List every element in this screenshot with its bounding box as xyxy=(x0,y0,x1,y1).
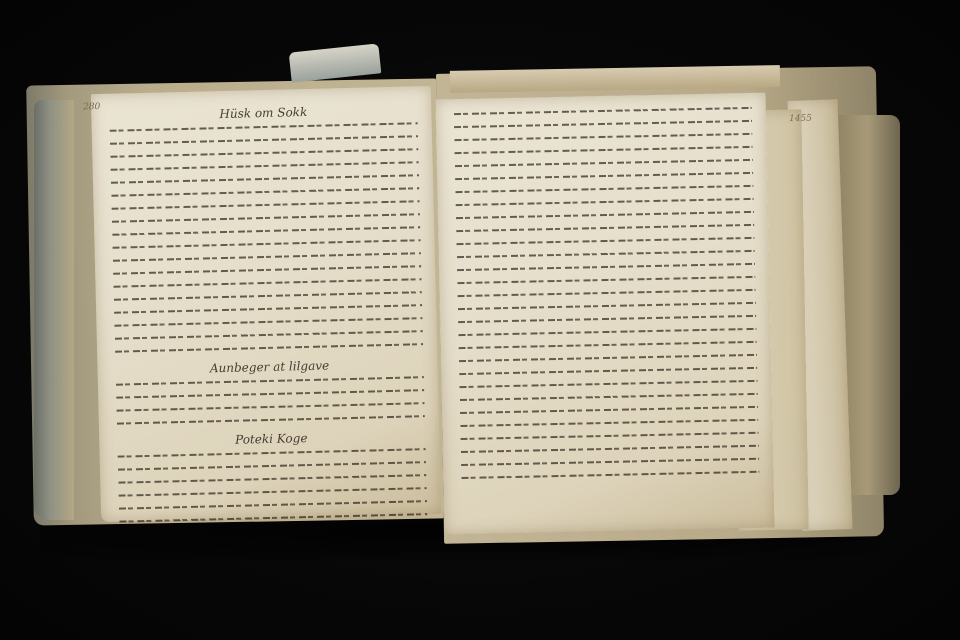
page-number: 280 xyxy=(83,102,100,112)
section-heading: Hüsk om Sokk xyxy=(109,102,417,124)
right-manuscript-page: 1455 xyxy=(435,93,774,535)
left-manuscript-page: 280 Hüsk om Sokk Aunbeger at lilgave Pot… xyxy=(91,86,441,522)
left-page-edges xyxy=(34,100,74,520)
section-heading: Poteki Koge xyxy=(117,428,425,450)
page-number: 1455 xyxy=(789,114,812,124)
section-heading: Aunbeger at lilgave xyxy=(115,356,423,378)
